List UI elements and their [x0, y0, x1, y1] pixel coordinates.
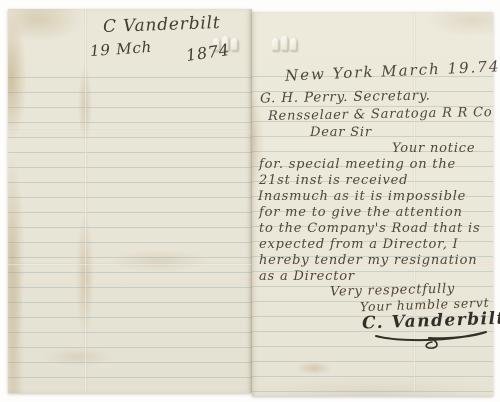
docket-date: 19 Mch — [90, 40, 153, 59]
right-page: New York March 19.74 G. H. Perry. Secret… — [252, 12, 493, 396]
letter-salutation: Dear Sir — [310, 126, 372, 139]
embossed-stamp-icon — [272, 38, 297, 51]
fold-crease-vertical-left — [84, 9, 87, 393]
stamp-arch-icon — [290, 38, 297, 51]
letter-body-line: 21st inst is received — [259, 174, 408, 187]
letter-body-line: expected from a Director, I — [259, 238, 459, 251]
letter-recipient: G. H. Perry. Secretary. — [260, 90, 431, 106]
ruled-lines — [8, 77, 252, 390]
docket-year: 1874 — [185, 42, 231, 64]
letter-body-line: as a Director — [259, 270, 355, 283]
letter-body-line: to the Company's Road that is — [259, 222, 480, 235]
stamp-arch-icon — [281, 36, 288, 51]
letter-body-line: for. special meeting on the — [259, 158, 456, 171]
letter-body-line: Your notice — [392, 142, 475, 155]
letter-company: Rensselaer & Saratoga R R Co — [268, 106, 493, 123]
signature-flourish — [374, 329, 494, 353]
letter-body-line: Inasmuch as it is impossible — [258, 190, 466, 203]
fold-crease-horizontal-lower — [8, 263, 252, 266]
stamp-arch-icon — [231, 38, 238, 51]
left-page: C Vanderbilt 19 Mch 1874 — [8, 9, 252, 393]
fold-crease-horizontal-upper — [8, 130, 252, 133]
docket-name: C Vanderbilt — [103, 15, 221, 36]
letter-dateline: New York March 19.74 — [285, 59, 500, 83]
letter-body-line: hereby tender my resignation — [259, 254, 477, 267]
stamp-arch-icon — [272, 38, 279, 51]
letter-scan: C Vanderbilt 19 Mch 1874 New York March … — [0, 0, 500, 402]
letter-body-line: for me to give the attention — [259, 206, 463, 219]
